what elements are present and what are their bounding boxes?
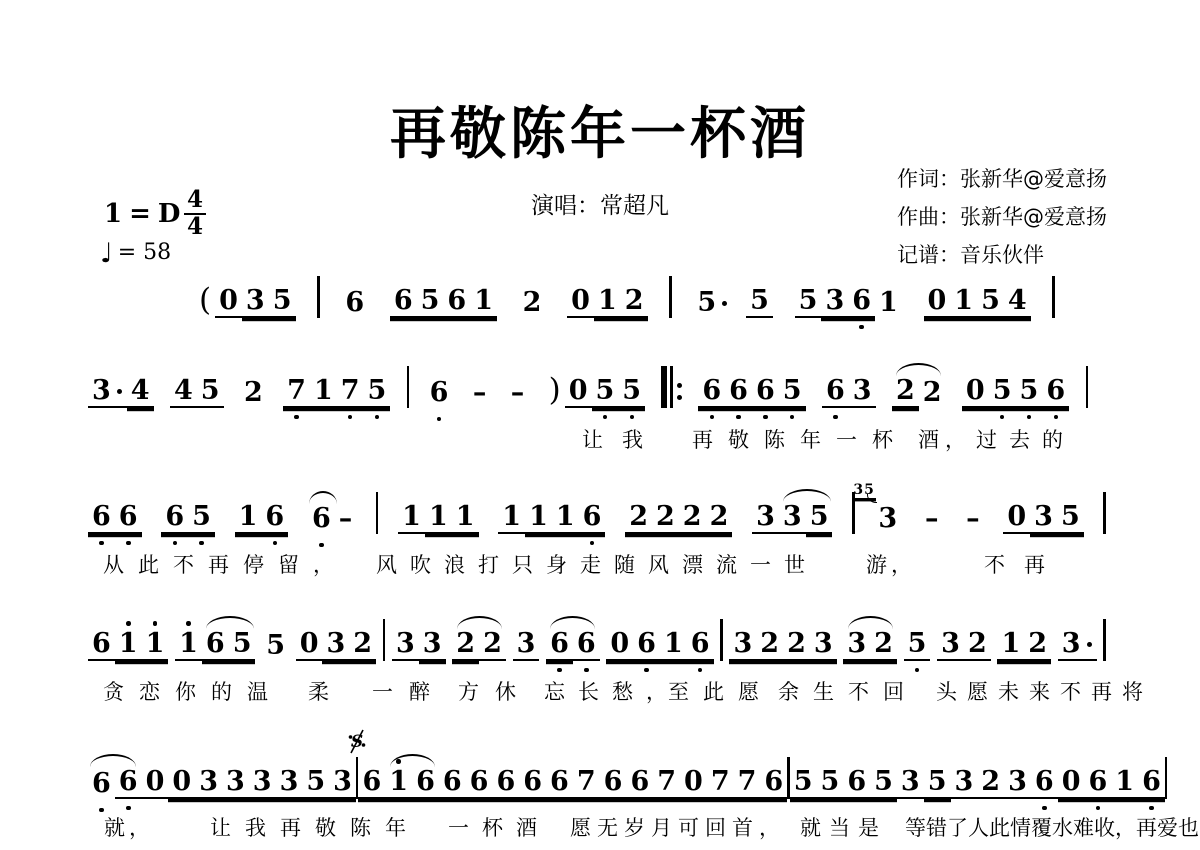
low-octave-dot [698,668,703,673]
note: 5 [269,287,296,318]
note: 3 [752,503,779,534]
note: 6 [358,768,385,799]
note: 1 [385,768,412,799]
note: 2 [479,630,506,661]
low-octave-dot [1027,415,1032,420]
credits-block: 作词：张新华@爱意扬 作曲：张新华@爱意扬 记谱：音乐伙伴 [897,160,1107,274]
music-line-5: 6600333353S61666666766707765565353236061… [88,757,1106,799]
note: 7 [734,768,761,799]
svg-text:S: S [351,732,363,752]
note: 3 [951,768,978,799]
note: 3 [329,768,356,799]
note: 6 [1084,768,1111,799]
lyric-segment: 一醉 [372,676,446,706]
note: 6 [308,505,335,534]
beat-group: 32 [937,630,991,661]
note: 3 [897,768,924,799]
beat-group: 5361 [795,287,902,318]
beat-group: 0154 [924,287,1031,318]
note: 1 [175,630,202,661]
low-octave-dot [1000,415,1005,420]
low-octave-dot [173,541,178,546]
note: 4 [127,377,154,408]
slur [90,754,137,767]
low-octave-dot [584,668,589,673]
note: 2 [679,503,706,534]
low-octave-dot [859,325,864,330]
low-octave-dot [736,415,741,420]
note: 6 [341,289,368,318]
augmentation-dot [117,389,122,394]
beat-group: 6 [341,289,368,318]
beat-group: 66 [492,768,546,799]
note: 6 [573,630,600,661]
quarter-note-icon: ♩ [100,238,113,269]
lyric-segment: 就当是 [800,812,887,842]
beat-group: 2 [240,379,267,408]
low-octave-dot [294,415,299,420]
note: 6 [1138,768,1165,799]
beat-group: – [962,505,984,534]
note: 1 [875,289,902,318]
meter-denominator: 4 [184,215,206,240]
note: 2 [240,379,267,408]
note: 6 [115,503,142,534]
lyric-segment: 我 [622,424,643,454]
note: 2 [625,503,652,534]
note: 6 [412,768,439,799]
beat-group: – [469,379,491,408]
note: 0 [1003,503,1030,534]
dash: – [335,505,357,534]
note: 0 [168,768,195,799]
lyric-segment: 柔 [308,676,329,706]
note: 7 [573,768,600,799]
beat-group: 65 [161,503,215,534]
note: 3 [821,287,848,318]
sheet-music-page: 再敬陈年一杯酒 演唱：常超凡 作词：张新华@爱意扬 作曲：张新华@爱意扬 记谱：… [0,0,1200,850]
note: 3 [513,630,540,661]
beat-group: 63 [822,377,876,408]
lyric-segment: 游， [866,549,916,579]
slur [390,754,435,767]
lyric-segment: 一杯酒 [448,812,550,842]
note: 6 [115,768,142,799]
low-octave-dot [915,668,920,673]
beat-group: 0776 [680,768,787,799]
low-octave-dot [99,541,104,546]
high-octave-dot [186,621,191,626]
beat-group: 03 [168,768,222,799]
note: 6 [443,287,470,318]
note: 5 [417,287,444,318]
note: 2 [756,630,783,661]
segno-icon: S [348,728,366,759]
barline [376,492,379,534]
beat-group: 55 [693,287,773,318]
beat-group: 660 [88,768,168,799]
beat-group: )055 [545,375,646,408]
low-octave-dot [319,543,324,548]
beat-group: 45 [170,377,224,408]
low-octave-dot [1096,806,1101,811]
beat-group: 7175 [283,377,390,408]
note: 6 [519,768,546,799]
note: 1 [498,503,525,534]
note: 1 [525,503,552,534]
lyric-segment: 过去的 [976,424,1075,454]
tempo-value: = 58 [118,240,171,265]
beat-group: – [921,505,943,534]
low-octave-dot [348,415,353,420]
note: 5 [1057,503,1084,534]
barline [1165,757,1168,799]
note: 7 [337,377,364,408]
low-octave-dot [590,541,595,546]
beat-group: 3 [513,630,540,661]
lyric-segment: 再敬陈年一杯 [692,424,908,454]
low-octave-dot [790,415,795,420]
low-octave-dot [763,415,768,420]
beat-group: – [507,379,529,408]
slur [896,363,941,376]
low-octave-dot [644,668,649,673]
barline [317,276,320,318]
beat-group: 66 [439,768,493,799]
note: 3 [874,505,901,534]
slur [848,616,893,629]
note: 3 [729,630,756,661]
beat-group: 611 [88,630,168,661]
note: 6 [546,768,573,799]
beat-group: 2 [519,289,546,318]
note: 6 [88,770,115,799]
beat-group: 6 [358,768,385,799]
low-octave-dot [1042,806,1047,811]
note: 5 [817,768,844,799]
low-octave-dot [833,415,838,420]
beat-group: 0616 [606,630,713,661]
low-octave-dot [710,415,715,420]
beat-group: 0616 [1058,768,1165,799]
note: 0 [924,287,951,318]
beat-group: 5 [904,630,931,661]
dash: – [507,379,529,408]
beat-group: 33 [392,630,446,661]
low-octave-dot [375,415,380,420]
note: 6 [579,503,606,534]
low-octave-dot [199,541,204,546]
note: 6 [760,768,787,799]
note: 5 [989,377,1016,408]
note: ) [545,375,565,408]
low-octave-dot [630,415,635,420]
low-octave-dot [126,806,131,811]
note: 5 [364,377,391,408]
credit-transcriber: 记谱：音乐伙伴 [897,236,1107,274]
beat-group: 67 [546,768,600,799]
lyric-segment: 方休 [458,676,532,706]
note: 0 [606,630,633,661]
lyric-segment: 就， [104,812,154,842]
note: 6 [626,768,653,799]
beat-group: 16 [385,768,439,799]
note: 2 [977,768,1004,799]
music-line-2: 3445271756––)055666563220556 [88,366,1088,408]
note: 5 [592,377,619,408]
grace-notes: 35 [852,479,875,498]
beat-group: 667 [600,768,680,799]
credit-composer: 作曲：张新华@爱意扬 [897,198,1107,236]
slur [783,489,831,502]
low-octave-dot [1149,806,1154,811]
beat-group: 66 [88,503,142,534]
note: 6 [439,768,466,799]
note: 1 [398,503,425,534]
beat-group: 236 [977,768,1057,799]
barline [720,619,723,661]
note: 6 [390,287,417,318]
music-line-3: 6665166–11111162222335353––035 [88,492,1106,534]
beat-group: 22 [452,630,506,661]
note: 2 [519,289,546,318]
note: 5 [790,768,817,799]
beat-group: 33 [222,768,276,799]
lyric-segment: 贪恋你的温 [103,676,283,706]
note: 5 [904,630,931,661]
note: 5 [262,632,289,661]
note: 0 [567,287,594,318]
beat-group: 6 [426,379,453,408]
beat-group: 6– [308,505,356,534]
note: 3 [88,377,127,408]
note: 1 [235,503,262,534]
note: 2 [783,630,810,661]
high-octave-dot [153,621,158,626]
note: 5 [977,287,1004,318]
note: 3 [222,768,249,799]
note: 2 [964,630,991,661]
beat-group: 353 [897,768,977,799]
note: 1 [552,503,579,534]
note: 1 [310,377,337,408]
note: 6 [822,377,849,408]
note: 5 [188,503,215,534]
note: 0 [962,377,989,408]
barline [1103,619,1106,661]
note: 6 [687,630,714,661]
beat-group: 32 [843,630,897,661]
lyric-segment: 从此不再停留， [103,549,348,579]
note: 2 [652,503,679,534]
note: 5 [229,630,256,661]
note: 1 [660,630,687,661]
lyric-segment: 让 [582,424,603,454]
low-octave-dot [1054,415,1059,420]
low-octave-dot [273,541,278,546]
note: 6 [848,287,875,318]
note: 7 [707,768,734,799]
slur [206,616,254,629]
note: 5 [870,768,897,799]
note: 3 [242,287,269,318]
lyric-segment: 愿无岁月可回首， [570,812,786,842]
dash: – [962,505,984,534]
beat-group: (035 [195,285,296,318]
note: 3 [322,630,349,661]
tempo-marking: ♩= 58 [100,238,171,269]
note: 5 [693,289,732,318]
note: 6 [633,630,660,661]
beat-group: 6561 [390,287,497,318]
augmentation-dot [722,301,727,306]
dash: – [921,505,943,534]
note: 3 [843,630,870,661]
note: 6 [161,503,188,534]
beat-group: 6665 [698,377,805,408]
beat-group: 353 [874,505,901,534]
note: 3 [1004,768,1031,799]
lyric-segment: 至此愿 [668,676,773,706]
note: 3 [1030,503,1057,534]
note: 6 [1042,377,1069,408]
slur [457,616,502,629]
note: 6 [843,768,870,799]
barline [1103,492,1106,534]
beat-group: 335 [752,503,832,534]
note: 6 [88,503,115,534]
note: ( [195,285,215,318]
note: 6 [466,768,493,799]
beat-group: 032 [296,630,376,661]
note: 5 [1016,377,1043,408]
note: 0 [1058,768,1085,799]
beat-group: 353 [276,768,356,799]
note: 2 [621,287,648,318]
note: 3 [937,630,964,661]
beat-group: 5 [262,632,289,661]
note: 1 [950,287,977,318]
note: 6 [698,377,725,408]
note: 1 [1111,768,1138,799]
lyric-segment: 让我再敬陈年 [210,812,420,842]
note: 3 [1058,630,1097,661]
note: 6 [426,379,453,408]
note: 5 [197,377,224,408]
slur [550,616,595,629]
lyric-segment: 等错了人此情覆水难收，再爱也 [905,812,1199,842]
note: 3 [276,768,303,799]
augmentation-dot [1087,642,1092,647]
beat-group: 035 [1003,503,1083,534]
time-signature: 4 4 [184,188,206,240]
beat-group: 34 [88,377,154,408]
beat-group: 3 [1058,630,1097,661]
lyric-segment: 风吹浪打只身走随风漂流一世 [376,549,818,579]
note: 6 [261,503,288,534]
low-octave-dot [126,541,131,546]
beat-group: 5565 [790,768,897,799]
note: 2 [706,503,733,534]
note: 2 [349,630,376,661]
note: 4 [170,377,197,408]
beat-group: 2222 [625,503,732,534]
note: 6 [492,768,519,799]
note: 5 [746,287,773,318]
music-line-1: (0356656120125553610154 [195,276,1055,318]
lyric-segment: 余生不回 [778,676,918,706]
low-octave-dot [437,417,442,422]
lyric-segment: 酒， [918,424,972,454]
note: 6 [1031,768,1058,799]
note: 0 [680,768,707,799]
beat-group: 0556 [962,377,1069,408]
note: 0 [296,630,323,661]
note: 0 [215,287,242,318]
barline [383,619,386,661]
note: 2 [919,379,946,408]
lyric-segment: 头愿未来不再将 [936,676,1153,706]
note: 2 [892,377,919,408]
high-octave-dot [126,621,131,626]
note: 6 [600,768,627,799]
note: 6 [752,377,779,408]
beat-group: 165 [175,630,255,661]
low-octave-dot [603,415,608,420]
barline [1086,366,1089,408]
note: 5 [806,503,833,534]
note: 3 [392,630,419,661]
barline [407,366,410,408]
meter-numerator: 4 [184,188,206,215]
note: 3 [849,377,876,408]
dash: – [469,379,491,408]
repeat-barline [661,366,682,408]
beat-group: 012 [567,287,647,318]
note: 5 [302,768,329,799]
note: 6 [725,377,752,408]
lyric-segment: 忘长愁， [544,676,680,706]
note: 1 [997,630,1024,661]
note: 2 [452,630,479,661]
note: 3 [810,630,837,661]
note: 3 [195,768,222,799]
note: 1 [452,503,479,534]
beat-group: 22 [892,377,946,408]
low-octave-dot [557,668,562,673]
note: 7 [283,377,310,408]
note: 5 [795,287,822,318]
credit-lyricist: 作词：张新华@爱意扬 [897,160,1107,198]
music-line-4: 611165503233223660616322332532123 [88,619,1106,661]
note: 1 [115,630,142,661]
song-title: 再敬陈年一杯酒 [0,90,1200,170]
note: 5 [779,377,806,408]
note: 1 [594,287,621,318]
note: 6 [88,630,115,661]
beat-group: 12 [997,630,1051,661]
note: 5 [924,768,951,799]
note: 0 [565,377,592,408]
barline [669,276,672,318]
beat-group: 1116 [498,503,605,534]
lyric-segment: 不 [984,549,1005,579]
note: 6 [202,630,229,661]
beat-group: 111 [398,503,478,534]
note: 2 [1024,630,1051,661]
beat-group: 66 [546,630,600,661]
note: 6 [546,630,573,661]
